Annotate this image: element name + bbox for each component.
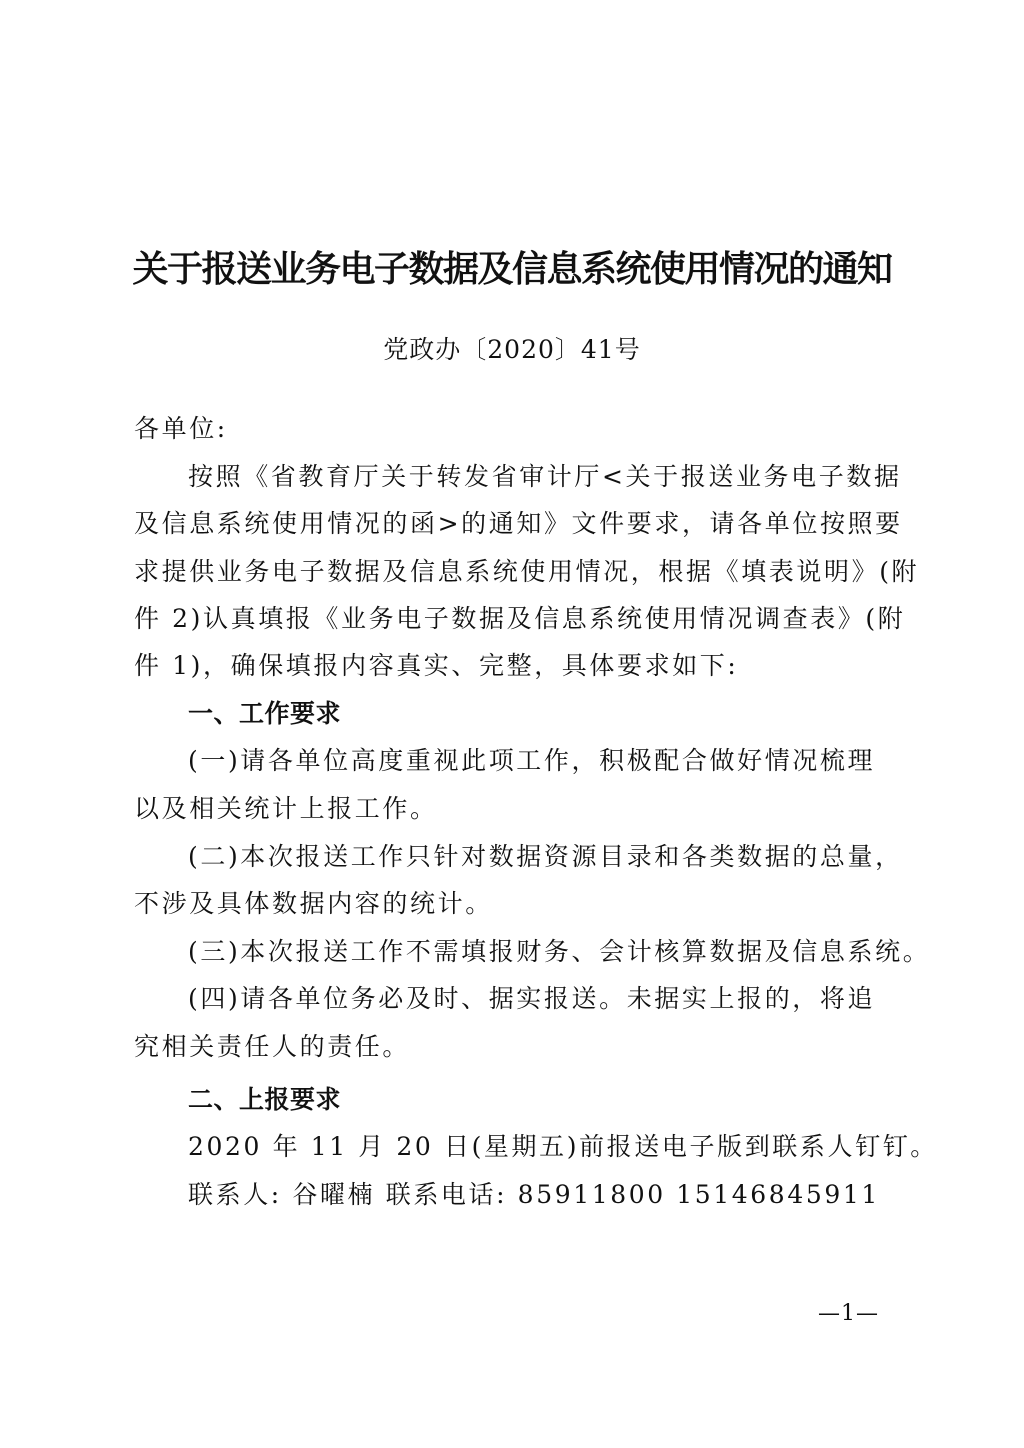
- intro-line-2: 及信息系统使用情况的函>的通知》文件要求，请各单位按照要: [134, 504, 903, 544]
- salutation: 各单位:: [134, 409, 228, 449]
- intro-line-3: 求提供业务电子数据及信息系统使用情况，根据《填表说明》(附: [134, 552, 919, 592]
- intro-line-5: 件 1)，确保填报内容真实、完整，具体要求如下:: [134, 646, 738, 686]
- item-1-line-2: 以及相关统计上报工作。: [134, 789, 438, 829]
- item-3-line-1: (三)本次报送工作不需填报财务、会计核算数据及信息系统。: [188, 932, 930, 972]
- document-number: 党政办〔2020〕41号: [0, 330, 1024, 370]
- document-title: 关于报送业务电子数据及信息系统使用情况的通知: [0, 245, 1024, 295]
- item-4-line-1: (四)请各单位务必及时、据实报送。未据实上报的，将追: [188, 979, 875, 1019]
- item-2-line-2: 不涉及具体数据内容的统计。: [134, 884, 493, 924]
- section-heading-work-requirements: 一、工作要求: [188, 694, 341, 734]
- contact-info: 联系人: 谷曜楠 联系电话: 85911800 15146845911: [188, 1175, 880, 1215]
- item-1-line-1: (一)请各单位高度重视此项工作，积极配合做好情况梳理: [188, 741, 875, 781]
- intro-line-1: 按照《省教育厅关于转发省审计厅<关于报送业务电子数据: [188, 457, 902, 497]
- intro-line-4: 件 2)认真填报《业务电子数据及信息系统使用情况调查表》(附: [134, 599, 905, 639]
- item-4-line-2: 究相关责任人的责任。: [134, 1027, 410, 1067]
- document-page: 关于报送业务电子数据及信息系统使用情况的通知 党政办〔2020〕41号 各单位:…: [0, 0, 1024, 1448]
- deadline-text: 2020 年 11 月 20 日(星期五)前报送电子版到联系人钉钉。: [188, 1127, 938, 1167]
- section-heading-report-requirements: 二、上报要求: [188, 1080, 341, 1120]
- page-number: —1—: [818, 1298, 879, 1330]
- item-2-line-1: (二)本次报送工作只针对数据资源目录和各类数据的总量，: [188, 837, 903, 877]
